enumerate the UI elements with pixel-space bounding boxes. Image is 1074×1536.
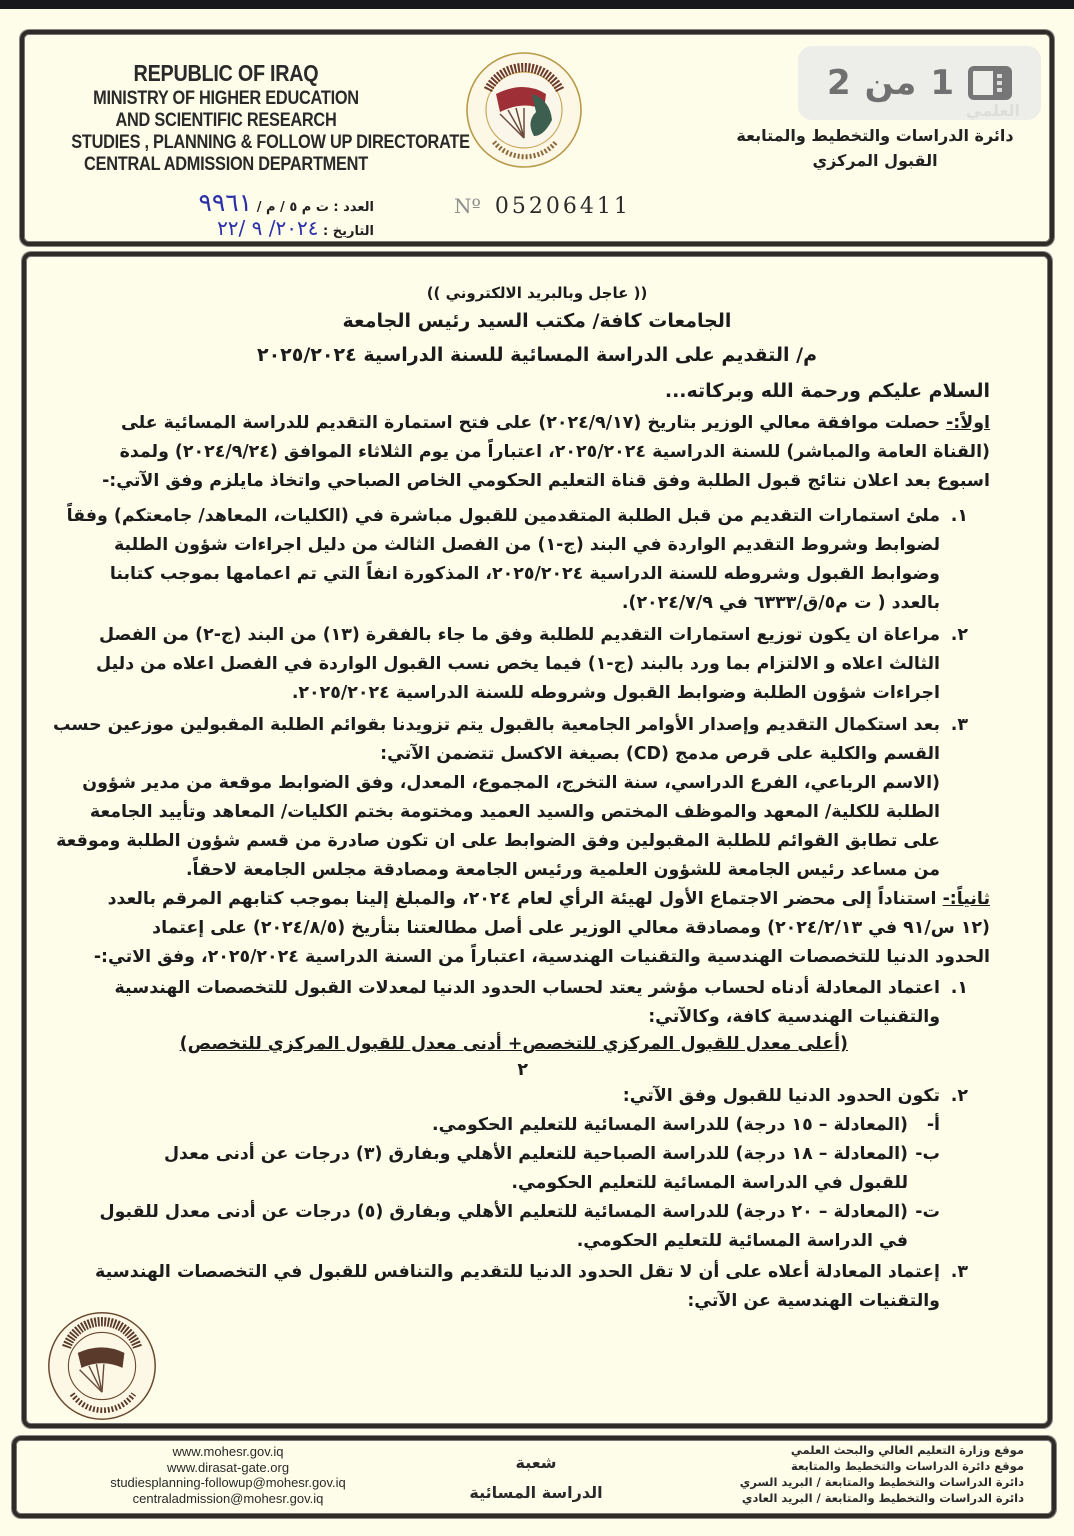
formula-numerator: (أعلى معدل للقبول المركزي للتخصص+ أدنى م… <box>180 1034 848 1054</box>
paragraph-line: (المعادلة – ١٨ درجة) للدراسة الصباحية لل… <box>164 1144 908 1164</box>
footer-email-link[interactable]: centraladmission@mohesr.gov.iq <box>38 1491 418 1507</box>
page-separator: من <box>865 63 917 103</box>
paragraph-line: الثالث اعلاه و الالتزام بما ورد بالبند (… <box>96 654 940 674</box>
date-handwritten: ٢٠٢٤/ ٩ /٢٢ <box>217 216 318 240</box>
english-letterhead: REPUBLIC OF IRAQ MINISTRY OF HIGHER EDUC… <box>71 58 381 176</box>
paragraph-line: ملئ استمارات التقديم من قبل الطلبة المتق… <box>67 506 940 526</box>
paragraph-line: (الاسم الرباعي، الفرع الدراسي، سنة التخر… <box>82 773 940 793</box>
footer-arabic-line: موقع وزارة التعليم العالي والبحث العلمي <box>704 1442 1024 1458</box>
paragraph-line: الطلبة للكلية/ المعهد والموظف المختص وال… <box>90 802 940 822</box>
paragraph-line: (القناة العامة والمباشر) للسنة الدراسية … <box>120 442 990 462</box>
paragraph-line: (١٢ س/٩١ في ٢٠٢٤/٢/١٣) ومصادقة معالي الو… <box>152 918 990 938</box>
page-current: 1 <box>930 63 954 103</box>
paragraph-line: تكون الحدود الدنيا للقبول وفق الآتي: <box>623 1086 940 1106</box>
footer-arabic-labels: موقع وزارة التعليم العالي والبحث العلمي … <box>704 1442 1024 1506</box>
date-label: التاريخ : <box>323 224 374 239</box>
reference-number: العدد : ت م ٥ / م / ٩٩٦١ <box>94 188 374 217</box>
footer-contacts: www.mohesr.gov.iq www.dirasat-gate.org s… <box>38 1444 418 1506</box>
paragraph-line: بالعدد ( ت م٥/ق/٦٣٣٣ في ٢٠٢٤/٧/٩). <box>622 593 940 613</box>
addressee: الجامعات كافة/ مكتب السيد رئيس الجامعة <box>26 310 1048 332</box>
list-item-number: ٢. <box>951 625 968 645</box>
header-english-line: AND SCIENTIFIC RESEARCH <box>71 110 381 132</box>
footer-arabic-line: دائرة الدراسات والتخطيط والمتابعة / البر… <box>704 1474 1024 1490</box>
urgent-notice: (( عاجل وبالبريد الالكتروني )) <box>26 284 1048 302</box>
footer-section: شعبة الدراسة المسائية <box>456 1448 616 1508</box>
footer-arabic-line: دائرة الدراسات والتخطيط والمتابعة / البر… <box>704 1490 1024 1506</box>
paragraph-line: الحدود الدنيا للتخصصات الهندسية والتقنيا… <box>94 947 990 967</box>
header-english-line: CENTRAL ADMISSION DEPARTMENT <box>71 154 381 176</box>
sub-item-letter: ب- <box>915 1144 940 1164</box>
paragraph-line: بعد استكمال التقديم وإصدار الأوامر الجام… <box>53 715 940 735</box>
header-english-line: REPUBLIC OF IRAQ <box>71 58 381 88</box>
letter-footer: www.mohesr.gov.iq www.dirasat-gate.org s… <box>12 1436 1056 1518</box>
section-second: ثانياً:- استناداً إلى محضر الاجتماع الأو… <box>108 889 990 909</box>
list-item-number: ٣. <box>951 715 968 735</box>
paragraph-line: (المعادلة – ٢٠ درجة) للدراسة المسائية لل… <box>100 1202 908 1222</box>
paragraph-line: إعتماد المعادلة أعلاه على أن لا تقل الحد… <box>95 1262 940 1282</box>
footer-section-line: الدراسة المسائية <box>456 1478 616 1508</box>
footer-website-link[interactable]: www.dirasat-gate.org <box>38 1460 418 1476</box>
header-arabic-line: القبول المركزي <box>730 148 1020 173</box>
sub-item-letter: أ- <box>927 1115 940 1135</box>
serial-prefix: Nº <box>454 194 481 218</box>
section-first: اولاً:- حصلت موافقة معالي الوزير بتاريخ … <box>121 413 990 433</box>
list-item-number: ٣. <box>951 1262 968 1282</box>
serial-number: Nº05206411 <box>454 194 631 219</box>
footer-section-line: شعبة <box>456 1448 616 1478</box>
ministry-seal-icon <box>464 50 584 170</box>
serial-value: 05206411 <box>495 194 631 219</box>
paragraph-line: لضوابط وشروط التقديم الواردة في البند (ج… <box>114 535 940 555</box>
greeting: السلام عليكم ورحمة الله وبركاته... <box>665 380 990 402</box>
page-indicator[interactable]: 1 من 2 <box>798 46 1041 120</box>
footer-website-link[interactable]: www.mohesr.gov.iq <box>38 1444 418 1460</box>
reference-label: العدد : ت م ٥ / م / <box>257 200 374 215</box>
header-arabic-line: دائرة الدراسات والتخطيط والمتابعة <box>730 123 1020 148</box>
list-item-number: ٢. <box>951 1086 968 1106</box>
header-english-line: MINISTRY OF HIGHER EDUCATION <box>71 88 381 110</box>
paragraph-line: من مساعد رئيس الجامعة للشؤون العلمية ورئ… <box>186 860 940 880</box>
letter-body: (( عاجل وبالبريد الالكتروني )) الجامعات … <box>22 252 1052 1428</box>
page-thumbnails-icon[interactable] <box>968 66 1012 100</box>
viewer-top-bar <box>0 0 1074 9</box>
subject: م/ التقديم على الدراسة المسائية للسنة ال… <box>26 344 1048 366</box>
page-total: 2 <box>827 63 851 103</box>
ministry-stamp-icon <box>46 1310 158 1422</box>
paragraph-line: للقبول في الدراسة المسائية للتعليم الحكو… <box>511 1173 908 1193</box>
paragraph-line: اجراءات شؤون الطلبة وضوابط القبول وشروطه… <box>292 683 940 703</box>
formula-denominator: ٢ <box>517 1060 528 1080</box>
section-label: ثانياً:- <box>943 889 990 909</box>
footer-email-link[interactable]: studiesplanning-followup@mohesr.gov.iq <box>38 1475 418 1491</box>
list-item-number: ١. <box>951 978 968 998</box>
paragraph-line: والتقنيات الهندسية عن الآتي: <box>687 1291 940 1311</box>
paragraph-line: (المعادلة – ١٥ درجة) للدراسة المسائية لل… <box>432 1115 908 1135</box>
paragraph-line: وضوابط القبول وشروطه للسنة الدراسية ٢٠٢٥… <box>110 564 940 584</box>
paragraph-line: مراعاة ان يكون توزيع استمارات التقديم لل… <box>99 625 940 645</box>
paragraph-line: اعتماد المعادلة أدناه لحساب مؤشر يعتد لح… <box>114 978 940 998</box>
sub-item-letter: ت- <box>915 1202 940 1222</box>
paragraph-line: والتقنيات الهندسية كافة، وكالآتي: <box>648 1007 940 1027</box>
list-item-number: ١. <box>951 506 968 526</box>
section-label: اولاً:- <box>946 413 990 433</box>
paragraph-line: على تطابق القوائم للطلبة المقبولين وفق ا… <box>56 831 940 851</box>
footer-arabic-line: موقع دائرة الدراسات والتخطيط والمتابعة <box>704 1458 1024 1474</box>
paragraph-line: حصلت موافقة معالي الوزير بتاريخ (٢٠٢٤/٩/… <box>121 413 940 433</box>
paragraph-line: استناداً إلى محضر الاجتماع الأول لهيئة ا… <box>108 889 937 909</box>
reference-handwritten: ٩٩٦١ <box>198 188 252 217</box>
reference-date: التاريخ : ٢٠٢٤/ ٩ /٢٢ <box>94 216 374 240</box>
paragraph-line: اسبوع بعد اعلان نتائج قبول الطلبة وفق قن… <box>102 471 990 491</box>
header-english-line: STUDIES , PLANNING & FOLLOW UP DIRECTORA… <box>71 132 381 154</box>
paragraph-line: القسم والكلية على قرص مدمج (CD) بصيغة ال… <box>380 744 940 764</box>
paragraph-line: في الدراسة المسائية للتعليم الحكومي. <box>577 1231 908 1251</box>
